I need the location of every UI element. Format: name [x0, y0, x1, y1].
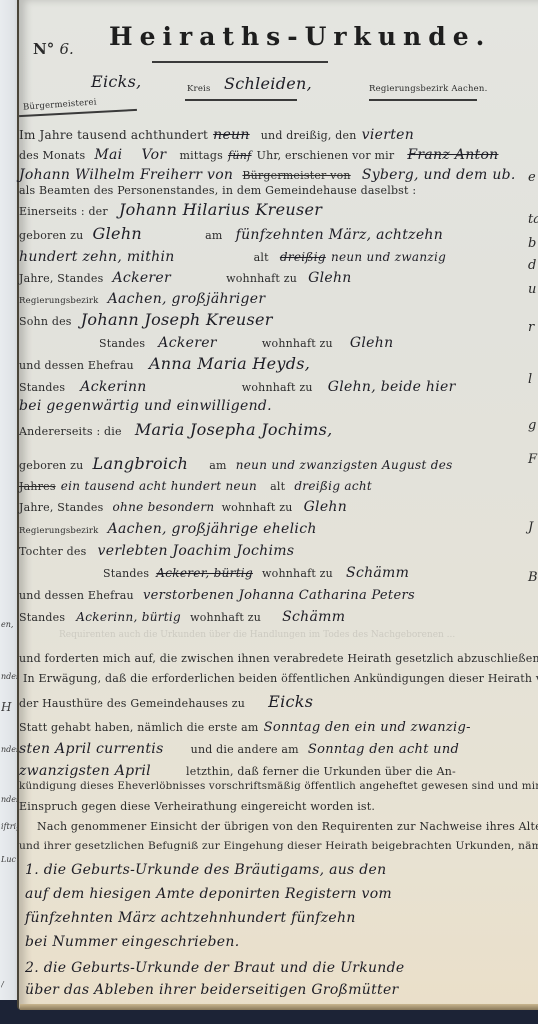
bride-mother-line: und dessen Ehefrau verstorbenen Johanna …	[19, 584, 415, 603]
body-p3-a: Nach genommener Einsicht der übrigen von…	[37, 820, 538, 833]
groom-birth-line: geboren zu Glehn am fünfzehnten März, ac…	[19, 224, 443, 243]
doc-1-line-1: 1. die Geburts-Urkunde des Bräutigams, a…	[25, 862, 386, 878]
groom-region-line: Regierungsbezirk Aachen, großjähriger	[19, 288, 265, 307]
doc-1-line-3: fünfzehnten März achtzehnhundert fünfzeh…	[25, 910, 356, 926]
body-p2-b: der Hausthüre des Gemeindehauses zu Eick…	[19, 692, 313, 711]
number-value: 6.	[59, 40, 73, 58]
title-underline	[152, 61, 328, 63]
bleed-through-text: Requirenten auch die Urkunden über die H…	[59, 630, 455, 640]
groom-consent-line: bei gegenwärtig und einwilligend.	[19, 398, 272, 414]
page-bottom-edge	[20, 1004, 538, 1010]
groom-name: Johann Hilarius Kreuser	[119, 200, 322, 219]
body-p2-c: Statt gehabt haben, nämlich die erste am…	[19, 716, 471, 735]
doc-2-line-1: 2. die Geburts-Urkunde der Braut und die…	[25, 960, 404, 976]
intro-line-2: des Monats Mai Vor mittags fünf Uhr, ers…	[19, 144, 499, 163]
groom-mother-status-line: Standes Ackerinn wohnhaft zu Glehn, beid…	[19, 376, 456, 395]
doc-1-line-4: bei Nummer eingeschrieben.	[25, 934, 239, 950]
doc-2-line-2: über das Ableben ihrer beiderseitigen Gr…	[25, 982, 399, 998]
certificate-page: N° 6. Heiraths-Urkunde. Bürgermeisterei …	[17, 0, 538, 1010]
body-p2-f: kündigung dieses Eheverlöbnisses vorschr…	[19, 780, 538, 792]
margin-right-fragment: B	[528, 570, 538, 585]
region-label: Regierungsbezirk Aachen.	[369, 84, 487, 94]
region-rule	[369, 99, 477, 101]
body-p2-d: sten April currentis und die andere am S…	[19, 738, 459, 757]
margin-right-fragment: g	[528, 418, 536, 433]
body-p2-e: zwanzigsten April letzthin, daß ferner d…	[19, 760, 456, 779]
margin-right-fragment: b	[528, 236, 536, 251]
body-p2-g: Einspruch gegen diese Verheirathung eing…	[19, 800, 375, 813]
groom-father-status-line: Standes Ackerer wohnhaft zu Glehn	[99, 332, 393, 351]
margin-right-fragment: l	[528, 372, 532, 387]
bride-father-line: Tochter des verlebten Joachim Jochims	[19, 540, 294, 559]
margin-right-fragment: F	[528, 452, 537, 467]
groom-occupation-line: Jahre, Standes Ackerer wohnhaft zu Glehn	[19, 267, 352, 286]
bride-father-status-line: Standes Ackerer, bürtig wohnhaft zu Schä…	[103, 562, 409, 581]
district-label: Kreis	[187, 84, 211, 94]
groom-mother-line: und dessen Ehefrau Anna Maria Heyds,	[19, 354, 310, 373]
bride-age-line: Jahres ein tausend acht hundert neun alt…	[19, 475, 372, 494]
doc-1-line-2: auf dem hiesigen Amte deponirten Registe…	[25, 886, 392, 902]
margin-right-fragment: ta	[528, 212, 538, 227]
district-value: Schleiden,	[224, 74, 312, 93]
bride-mother-status-line: Standes Ackerinn, bürtig wohnhaft zu Sch…	[19, 606, 345, 625]
body-p1: und forderten mich auf, die zwischen ihn…	[19, 652, 538, 665]
bride-name-line: Andererseits : die Maria Josepha Jochims…	[19, 420, 333, 439]
number-label: N°	[33, 40, 54, 58]
body-p3-b: und ihrer gesetzlichen Befugniß zur Eing…	[19, 840, 538, 852]
margin-right-fragment: J	[528, 520, 533, 535]
margin-right-fragment: u	[528, 282, 536, 297]
bride-occupation-line: Jahre, Standes ohne besondern wohnhaft z…	[19, 496, 347, 515]
bride-region-line: Regierungsbezirk Aachen, großjährige ehe…	[19, 518, 317, 537]
groom-age-line: hundert zehn, mithin alt dreißig neun un…	[19, 246, 446, 265]
intro-line-4: als Beamten des Personenstandes, in dem …	[19, 184, 416, 197]
groom-father-line: Sohn des Johann Joseph Kreuser	[19, 310, 273, 329]
groom-name-line: Einerseits : der Johann Hilarius Kreuser	[19, 200, 322, 219]
bride-birth-line: geboren zu Langbroich am neun und zwanzi…	[19, 454, 453, 473]
mayoralty-label: Bürgermeisterei	[23, 97, 97, 112]
mayoralty-value: Eicks,	[91, 72, 142, 91]
margin-right-fragment: e	[528, 170, 536, 185]
certificate-number: N° 6.	[33, 40, 74, 58]
document-title: Heiraths-Urkunde.	[109, 22, 491, 51]
margin-right-fragment: d	[528, 258, 536, 273]
intro-line-1: Im Jahre tausend achthundert neun und dr…	[19, 124, 414, 143]
district-rule	[185, 99, 297, 101]
intro-line-3: Johann Wilhelm Freiherr von Bürgermeiste…	[19, 164, 516, 183]
body-p2-a: In Erwägung, daß die erforderlichen beid…	[23, 672, 538, 685]
bride-name: Maria Josepha Jochims,	[135, 420, 333, 439]
margin-right-fragment: r	[528, 320, 534, 335]
